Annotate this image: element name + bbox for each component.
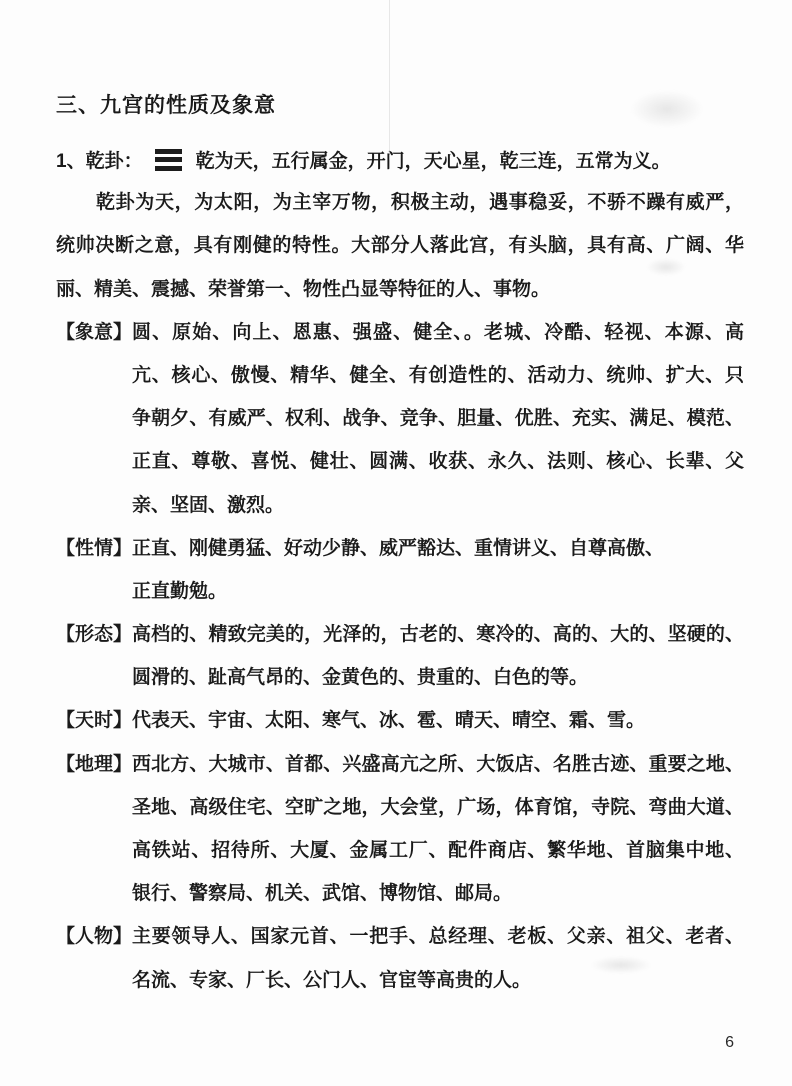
page-number: 6 (725, 1034, 734, 1052)
text-line: 亢、核心、傲慢、精华、健全、有创造性的、活动力、统帅、扩大、只 (132, 354, 744, 397)
section-label-xiangyi: 【象意】 (56, 311, 132, 354)
section-tianshi: 【天时】 代表天、宇宙、太阳、寒气、冰、雹、晴天、晴空、霜、雪。 (56, 699, 744, 742)
text-line: 西北方、大城市、首都、兴盛高亢之所、大饭店、名胜古迹、重要之地、 (132, 743, 744, 786)
trigram-bar (155, 157, 182, 162)
text-line: 统帅决断之意，具有刚健的特性。大部分人落此宫，有头脑，具有高、广阔、华 (56, 224, 744, 267)
section-label-tianshi: 【天时】 (56, 699, 132, 742)
section-xiangyi: 【象意】 圆、原始、向上、恩惠、强盛、健全、。老城、冷酷、轻视、本源、高 亢、核… (56, 311, 744, 527)
section-label-xingqing: 【性情】 (56, 527, 132, 570)
text-line: 正直勤勉。 (132, 570, 744, 613)
qian-trigram-icon (155, 149, 182, 171)
section-label-renwu: 【人物】 (56, 915, 132, 958)
text-line: 争朝夕、有威严、权利、战争、竞争、胆量、优胜、充实、满足、模范、 (132, 397, 744, 440)
section-dili: 【地理】 西北方、大城市、首都、兴盛高亢之所、大饭店、名胜古迹、重要之地、 圣地… (56, 743, 744, 916)
text-line: 银行、警察局、机关、武馆、博物馆、邮局。 (132, 872, 744, 915)
section-renwu: 【人物】 主要领导人、国家元首、一把手、总经理、老板、父亲、祖父、老者、 名流、… (56, 915, 744, 1001)
text-line: 圆滑的、趾高气昂的、金黄色的、贵重的、白色的等。 (132, 656, 744, 699)
text-line: 丽、精美、震撼、荣誉第一、物性凸显等特征的人、事物。 (56, 268, 744, 311)
text-line: 高铁站、招待所、大厦、金属工厂、配件商店、繁华地、首脑集中地、 (132, 829, 744, 872)
text-line: 正直、刚健勇猛、好动少静、威严豁达、重情讲义、自尊高傲、 (132, 527, 744, 570)
section-content: 高档的、精致完美的，光泽的，古老的、寒冷的、高的、大的、坚硬的、 圆滑的、趾高气… (132, 613, 744, 699)
section-content: 正直、刚健勇猛、好动少静、威严豁达、重情讲义、自尊高傲、 正直勤勉。 (132, 527, 744, 613)
text-line: 主要领导人、国家元首、一把手、总经理、老板、父亲、祖父、老者、 (132, 915, 744, 958)
section-content: 主要领导人、国家元首、一把手、总经理、老板、父亲、祖父、老者、 名流、专家、厂长… (132, 915, 744, 1001)
text-line: 代表天、宇宙、太阳、寒气、冰、雹、晴天、晴空、霜、雪。 (132, 699, 744, 742)
qian-hexagram-intro-line: 1、乾卦： 乾为天，五行属金，开门，天心星，乾三连，五常为义。 (56, 138, 744, 181)
text-line: 名流、专家、厂长、公门人、官宦等高贵的人。 (132, 959, 744, 1002)
section-label-xingtai: 【形态】 (56, 613, 132, 656)
section-content: 圆、原始、向上、恩惠、强盛、健全、。老城、冷酷、轻视、本源、高 亢、核心、傲慢、… (132, 311, 744, 527)
text-line: 圣地、高级住宅、空旷之地，大会堂，广场，体育馆，寺院、弯曲大道、 (132, 786, 744, 829)
text-line: 圆、原始、向上、恩惠、强盛、健全、。老城、冷酷、轻视、本源、高 (132, 311, 744, 354)
text-line: 正直、尊敬、喜悦、健壮、圆满、收获、永久、法则、核心、长辈、父 (132, 440, 744, 483)
trigram-bar (155, 149, 182, 154)
text-line: 亲、坚固、激烈。 (132, 484, 744, 527)
qian-description-paragraph: 乾卦为天，为太阳，为主宰万物，积极主动，遇事稳妥，不骄不躁有威严， 统帅决断之意… (56, 181, 744, 311)
scan-crease-line (389, 0, 390, 160)
section-xingqing: 【性情】 正直、刚健勇猛、好动少静、威严豁达、重情讲义、自尊高傲、 正直勤勉。 (56, 527, 744, 613)
intro-prefix: 1、乾卦： (56, 146, 143, 173)
section-label-dili: 【地理】 (56, 743, 132, 786)
section-content: 代表天、宇宙、太阳、寒气、冰、雹、晴天、晴空、霜、雪。 (132, 699, 744, 742)
trigram-bar (155, 166, 182, 171)
text-line: 乾卦为天，为太阳，为主宰万物，积极主动，遇事稳妥，不骄不躁有威严， (56, 181, 744, 224)
text-line: 高档的、精致完美的，光泽的，古老的、寒冷的、高的、大的、坚硬的、 (132, 613, 744, 656)
intro-text: 乾为天，五行属金，开门，天心星，乾三连，五常为义。 (196, 146, 671, 173)
section-xingtai: 【形态】 高档的、精致完美的，光泽的，古老的、寒冷的、高的、大的、坚硬的、 圆滑… (56, 613, 744, 699)
scanned-document-page: 三、九宫的性质及象意 1、乾卦： 乾为天，五行属金，开门，天心星，乾三连，五常为… (0, 0, 792, 1086)
section-content: 西北方、大城市、首都、兴盛高亢之所、大饭店、名胜古迹、重要之地、 圣地、高级住宅… (132, 743, 744, 916)
page-title: 三、九宫的性质及象意 (56, 93, 744, 119)
